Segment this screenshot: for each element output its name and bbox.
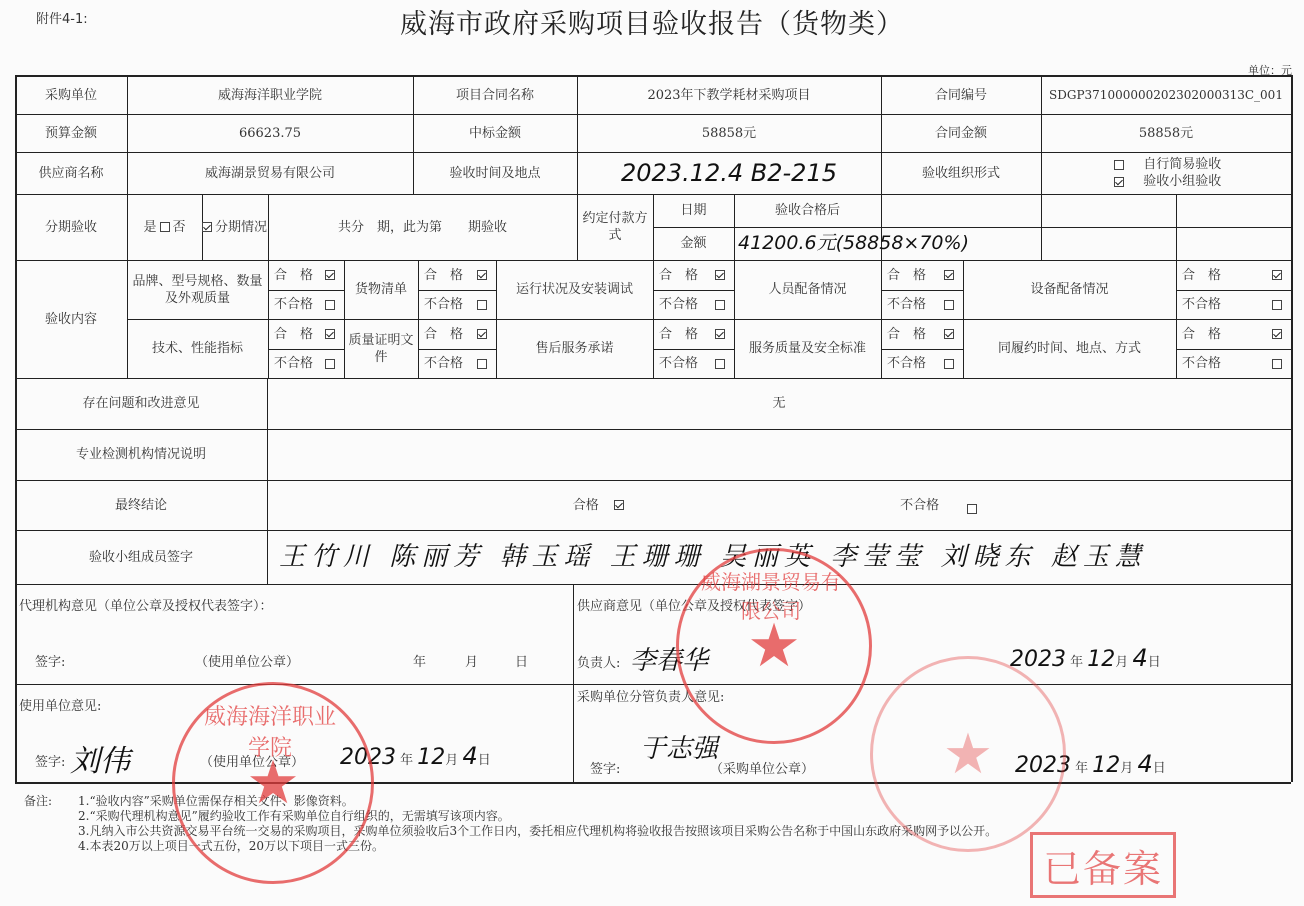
fail-label: 不合格 [424, 355, 463, 372]
checkbox-icon[interactable] [715, 270, 725, 280]
inspection-fail-option[interactable]: 不合格 [881, 349, 963, 378]
checkbox-icon[interactable] [325, 300, 335, 310]
inspection-pass-option[interactable]: 合 格 [653, 319, 734, 349]
day-label: 日 [478, 753, 491, 768]
bid-amount-value: 58858元 [577, 114, 881, 152]
inspection-pass-option[interactable]: 合 格 [418, 319, 496, 349]
option-label: 自行简易验收 [1143, 157, 1221, 172]
no-label: 否 [173, 219, 186, 236]
issues-label: 存在问题和改进意见 [15, 378, 267, 429]
fail-label: 不合格 [424, 296, 463, 313]
inspection-item-name: 运行状况及安装调试 [496, 260, 653, 319]
pass-label: 合 格 [424, 326, 463, 343]
checkbox-icon[interactable] [1114, 160, 1124, 170]
manager-seal-label: （采购单位公章） [710, 758, 814, 777]
contract-amount-label: 合同金额 [881, 114, 1041, 152]
checkbox-icon[interactable] [160, 222, 170, 232]
inspection-item-name: 服务质量及安全标准 [734, 319, 881, 378]
responsible-label: 负责人: [577, 652, 620, 671]
purchaser-value: 威海海洋职业学院 [127, 76, 413, 114]
inspection-item-name: 货物清单 [344, 260, 418, 319]
supplier-date: 2023 年 12月 4日 [1010, 644, 1161, 672]
contract-no-value: SDGP371000000202302000313C_001 [1041, 76, 1291, 114]
day-label: 日 [515, 651, 528, 670]
payment-amount-label: 金额 [653, 227, 734, 260]
month-label: 月 [1120, 761, 1133, 776]
inspection-fail-option[interactable]: 不合格 [268, 290, 344, 319]
faded-school-seal-stamp: ★ [870, 656, 1066, 852]
date-day: 4 [462, 742, 477, 770]
pass-label: 合 格 [659, 267, 698, 284]
agency-opinion-label: 代理机构意见（单位公章及授权代表签字）： [15, 592, 555, 620]
inspection-pass-option[interactable]: 合 格 [1176, 260, 1291, 290]
acceptance-time-value: 2023.12.4 B2-215 [577, 152, 881, 194]
acceptance-time-label: 验收时间及地点 [413, 152, 577, 194]
inspection-pass-option[interactable]: 合 格 [881, 260, 963, 290]
agency-seal-label: （使用单位公章） [195, 651, 299, 670]
status-label: 分期情况 [215, 219, 267, 236]
date-month: 12 [1087, 647, 1115, 672]
school-seal-text: 威海海洋职业学院 [200, 700, 340, 762]
installment-yes-no: 是否 [127, 194, 202, 260]
agency-sign-label: 签字: [35, 651, 65, 670]
inspection-item-name: 品牌、型号规格、数量及外观质量 [127, 260, 268, 319]
budget-label: 预算金额 [15, 114, 127, 152]
option-label: 验收小组验收 [1143, 174, 1221, 189]
inspection-agency-value [267, 429, 1291, 480]
year-label: 年 [1075, 761, 1088, 776]
yes-label: 是 [143, 219, 156, 236]
inspection-pass-option[interactable]: 合 格 [881, 319, 963, 349]
supplier-label: 供应商名称 [15, 152, 127, 194]
checkbox-icon[interactable] [1272, 300, 1282, 310]
payment-date-label: 日期 [653, 194, 734, 227]
supplier-value: 威海湖景贸易有限公司 [127, 152, 413, 194]
installment-status-label: 分期情况 [202, 194, 268, 260]
org-form-options: 自行简易验收 验收小组验收 [1041, 152, 1291, 194]
checkbox-icon[interactable] [715, 300, 725, 310]
issues-value: 无 [267, 378, 1291, 429]
contract-name-label: 项目合同名称 [413, 76, 577, 114]
pass-label: 合 格 [274, 267, 313, 284]
year-label: 年 [1070, 655, 1083, 670]
pass-label: 合 格 [274, 326, 313, 343]
date-day: 4 [1137, 750, 1152, 778]
inspection-fail-option[interactable]: 不合格 [1176, 290, 1291, 319]
checkbox-icon[interactable] [967, 504, 977, 514]
user-sign-label: 签字: [35, 751, 65, 770]
inspection-item-name: 人员配备情况 [734, 260, 881, 319]
page-title: 威海市政府采购项目验收报告（货物类） [0, 2, 1304, 41]
checkbox-icon[interactable] [944, 359, 954, 369]
checkbox-icon[interactable] [477, 270, 487, 280]
purchaser-label: 采购单位 [15, 76, 127, 114]
checkbox-icon[interactable] [1272, 329, 1282, 339]
inspection-fail-option[interactable]: 不合格 [653, 290, 734, 319]
checkbox-icon[interactable] [944, 329, 954, 339]
inspection-fail-option[interactable]: 不合格 [881, 290, 963, 319]
year-label: 年 [400, 753, 413, 768]
pass-label: 合 格 [424, 267, 463, 284]
checkbox-icon[interactable] [715, 359, 725, 369]
month-label: 月 [465, 651, 478, 670]
fail-label: 不合格 [887, 296, 926, 313]
checkbox-icon[interactable] [477, 300, 487, 310]
manager-sign-label: 签字: [590, 758, 620, 777]
inspection-pass-option[interactable]: 合 格 [653, 260, 734, 290]
checkbox-icon[interactable] [325, 359, 335, 369]
grid-line [15, 584, 1291, 585]
month-label: 月 [1115, 655, 1128, 670]
manager-signature: 于志强 [640, 728, 718, 765]
inspection-fail-option[interactable]: 不合格 [268, 349, 344, 378]
inspection-item-name: 设备配备情况 [963, 260, 1176, 319]
fail-label: 不合格 [887, 355, 926, 372]
pass-label: 合 格 [1182, 326, 1221, 343]
inspection-pass-option[interactable]: 合 格 [418, 260, 496, 290]
pass-label: 合 格 [887, 267, 926, 284]
inspection-pass-option[interactable]: 合 格 [1176, 319, 1291, 349]
inspection-fail-option[interactable]: 不合格 [418, 290, 496, 319]
date-month: 12 [417, 745, 445, 770]
inspection-pass-option[interactable]: 合 格 [268, 260, 344, 290]
month-label: 月 [445, 753, 458, 768]
contract-no-label: 合同编号 [881, 76, 1041, 114]
checkbox-icon[interactable] [1272, 359, 1282, 369]
members-label: 验收小组成员签字 [15, 530, 267, 584]
day-label: 日 [1153, 761, 1166, 776]
pass-label: 合 格 [887, 326, 926, 343]
year-label: 年 [413, 651, 426, 670]
fail-label: 不合格 [659, 296, 698, 313]
date-year: 2023 [1010, 647, 1066, 672]
checkbox-icon[interactable] [477, 329, 487, 339]
inspection-pass-option[interactable]: 合 格 [268, 319, 344, 349]
payment-amount-value: 41200.6元(58858×70%) [734, 227, 974, 260]
supplier-seal-text: 威海湖景贸易有限公司 [700, 566, 842, 624]
inspection-fail-option[interactable]: 不合格 [653, 349, 734, 378]
checkbox-icon[interactable] [325, 270, 335, 280]
inspection-fail-option[interactable]: 不合格 [1176, 349, 1291, 378]
checkbox-icon[interactable] [944, 300, 954, 310]
pass-label: 合 格 [659, 326, 698, 343]
grid-line [1041, 194, 1042, 260]
inspection-label: 验收内容 [15, 260, 127, 378]
checkbox-icon[interactable] [614, 500, 624, 510]
conclusion-label: 最终结论 [15, 480, 267, 530]
fail-label: 不合格 [1182, 296, 1221, 313]
fail-label: 不合格 [659, 355, 698, 372]
checkbox-icon[interactable] [944, 270, 954, 280]
inspection-item-name: 售后服务承诺 [496, 319, 653, 378]
budget-value: 66623.75 [127, 114, 413, 152]
inspection-item-name: 质量证明文件 [344, 319, 418, 378]
checkbox-icon[interactable] [202, 222, 212, 232]
inspection-fail-option[interactable]: 不合格 [418, 349, 496, 378]
grid-line [1176, 194, 1177, 260]
checkbox-icon[interactable] [715, 329, 725, 339]
user-signature: 刘伟 [70, 736, 130, 780]
checkbox-icon[interactable] [1114, 177, 1124, 187]
checkbox-icon[interactable] [1272, 270, 1282, 280]
installment-status-text: 共分 期，此为第 期验收 [268, 194, 577, 260]
org-form-label: 验收组织形式 [881, 152, 1041, 194]
day-label: 日 [1148, 655, 1161, 670]
contract-name-value: 2023年下教学耗材采购项目 [577, 76, 881, 114]
inspection-agency-label: 专业检测机构情况说明 [15, 429, 267, 480]
org-form-option-self[interactable]: 自行简易验收 [1111, 156, 1222, 173]
conclusion-pass[interactable]: 合格 [540, 480, 660, 530]
checkbox-icon[interactable] [477, 359, 487, 369]
fail-label: 不合格 [274, 355, 313, 372]
fail-label: 不合格 [274, 296, 313, 313]
pass-label: 合 格 [1182, 267, 1221, 284]
date-day: 4 [1132, 644, 1147, 672]
conclusion-fail[interactable]: 不合格 [880, 480, 1000, 530]
pass-label: 合格 [573, 497, 599, 514]
notes-label: 备注: [24, 794, 52, 809]
payment-date-value: 验收合格后 [734, 194, 881, 227]
payment-method-label: 约定付款方式 [577, 194, 653, 260]
inspection-item-name: 同履约时间、地点、方式 [963, 319, 1176, 378]
fail-label: 不合格 [1182, 355, 1221, 372]
filed-stamp: 已备案 [1030, 832, 1176, 898]
checkbox-icon[interactable] [325, 329, 335, 339]
bid-amount-label: 中标金额 [413, 114, 577, 152]
org-form-option-group[interactable]: 验收小组验收 [1111, 173, 1222, 190]
fail-label: 不合格 [900, 497, 939, 514]
grid-line [1291, 75, 1293, 782]
date-month: 12 [1092, 753, 1120, 778]
installment-label: 分期验收 [15, 194, 127, 260]
contract-amount-value: 58858元 [1041, 114, 1291, 152]
inspection-item-name: 技术、性能指标 [127, 319, 268, 378]
